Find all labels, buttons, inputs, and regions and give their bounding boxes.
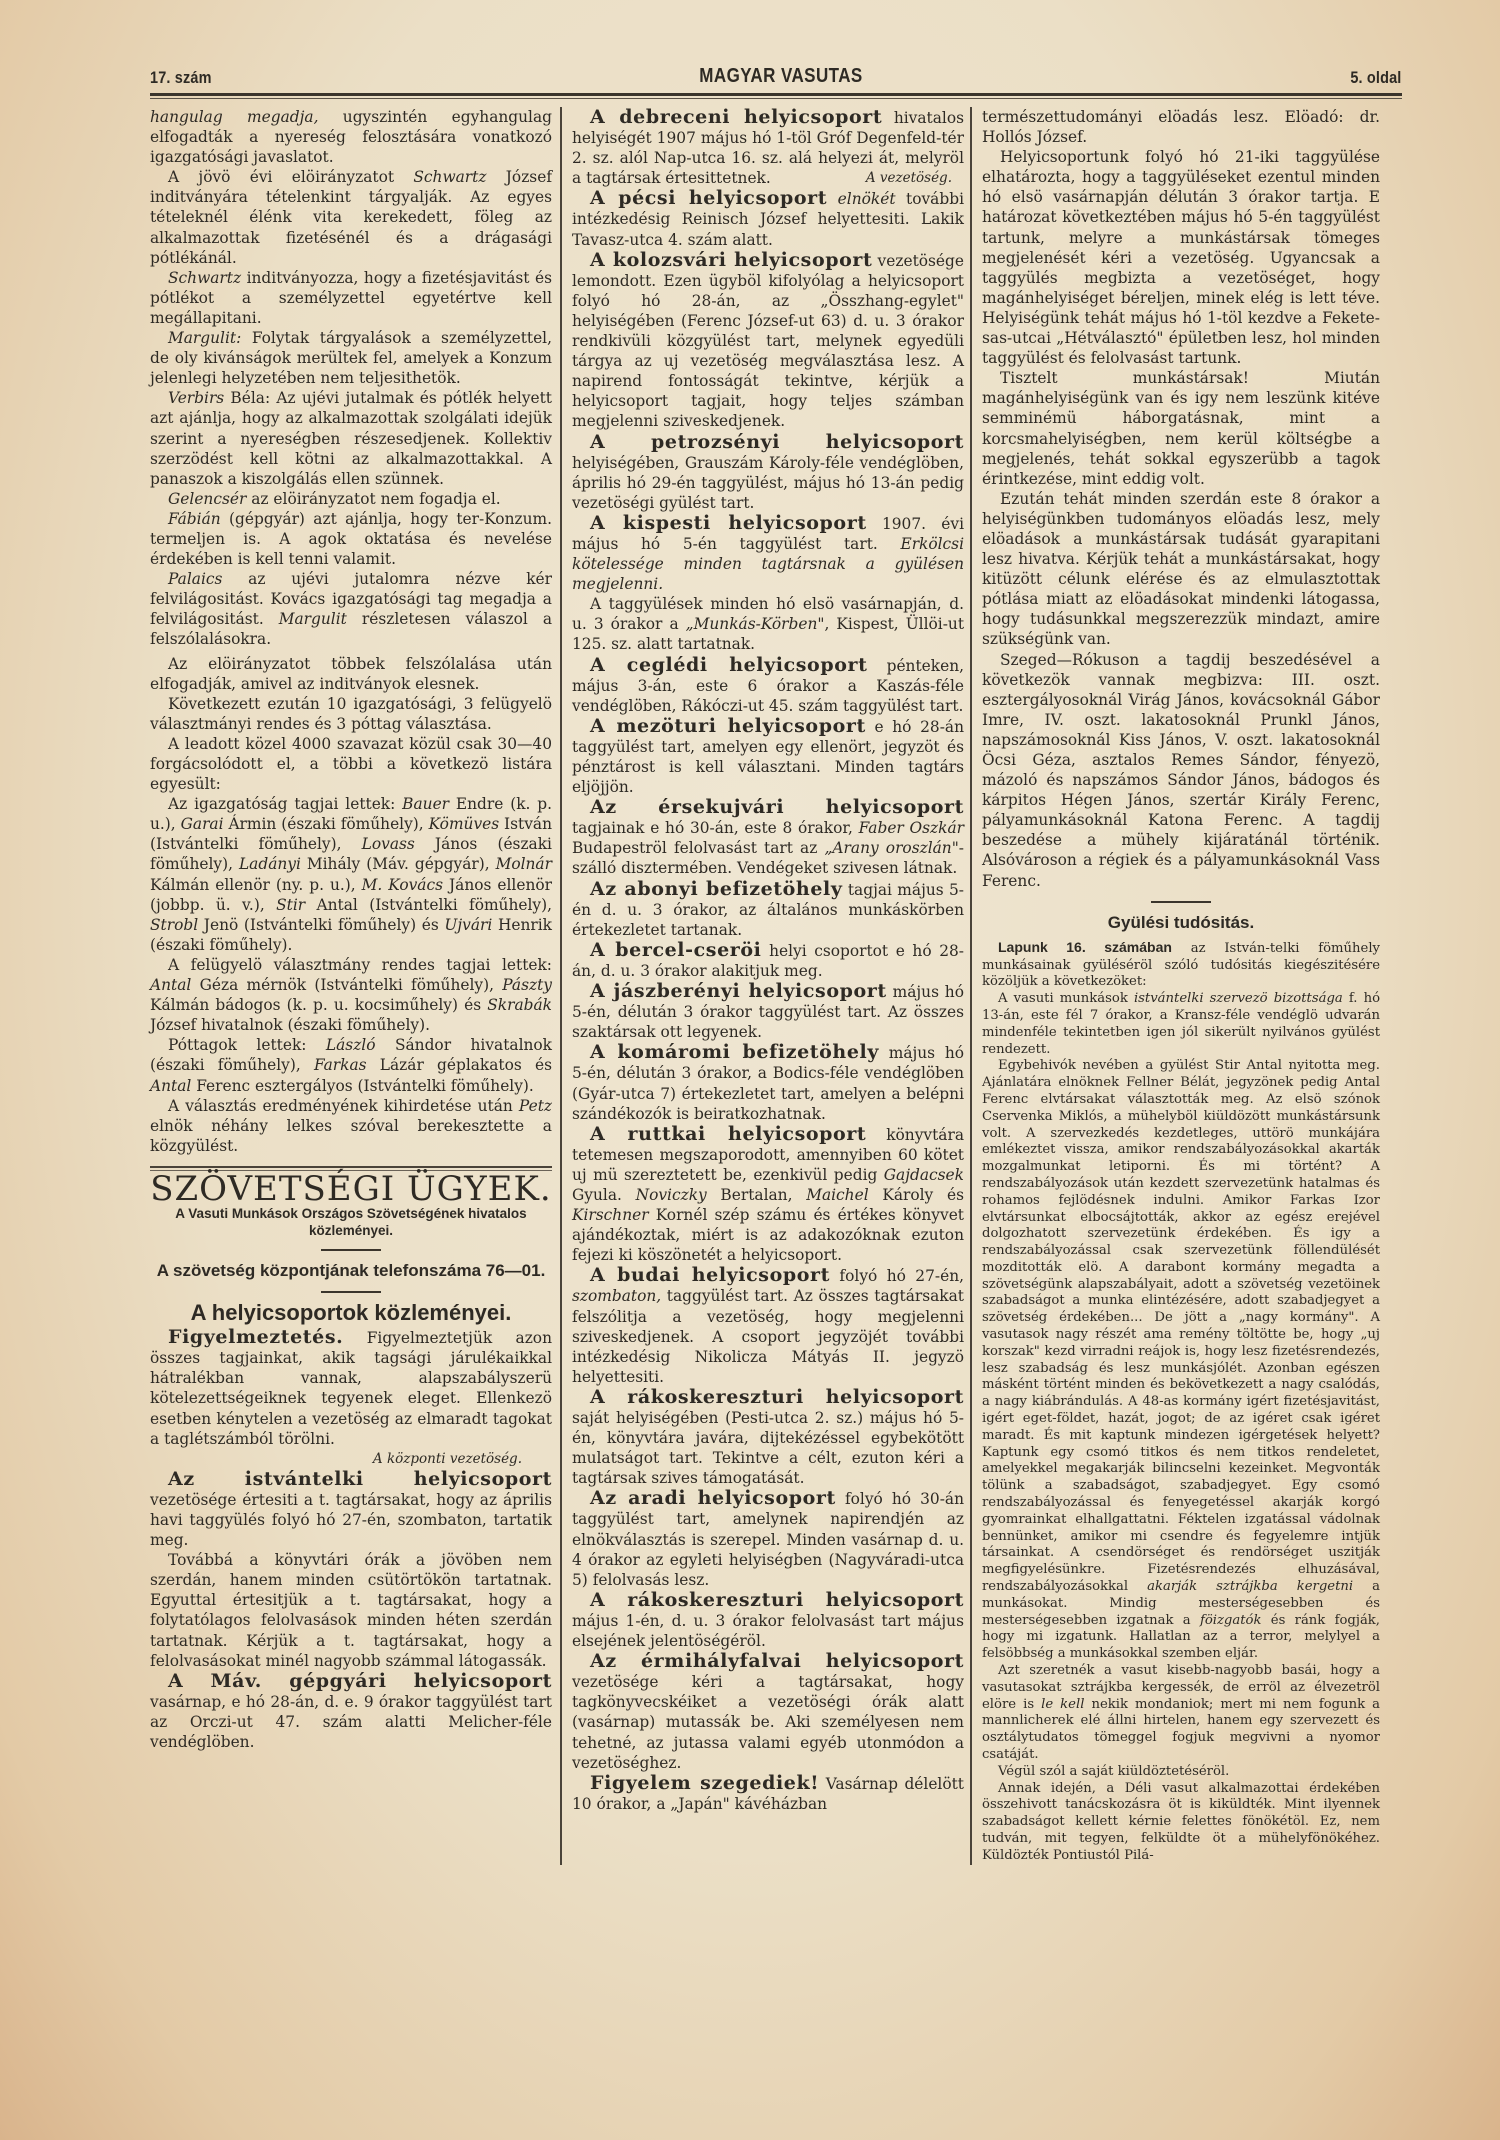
paragraph: A jövö évi elöirányzatot Schwartz József… xyxy=(150,167,552,267)
issue-number: 17. szám xyxy=(150,68,212,88)
paragraph: Schwartz inditványozza, hogy a fizetésja… xyxy=(150,268,552,328)
paragraph: Az elöirányzatot többek felszólalása utá… xyxy=(150,654,552,694)
paragraph: Végül szól a saját kiüldöztetéséröl. xyxy=(982,1764,1380,1781)
paragraph: természettudományi elöadás lesz. Elöadó:… xyxy=(982,107,1380,147)
paragraph: A választás eredményének kihirdetése utá… xyxy=(150,1096,552,1156)
short-divider xyxy=(321,1249,381,1251)
local-groups-title: A helyicsoportok közleményei. xyxy=(150,1303,552,1323)
newspaper-title: MAGYAR VASUTAS xyxy=(699,65,862,88)
masthead: 17. szám MAGYAR VASUTAS 5. oldal xyxy=(150,62,1401,88)
notice-ermihalyfalvai: Az érmihályfalvai helyicsoport vezetöség… xyxy=(572,1651,964,1773)
board-members-paragraph: Az igazgatóság tagjai lettek: Bauer Endr… xyxy=(150,794,552,955)
notice-mezoturi: A mezöturi helyicsoport e hó 28-án taggy… xyxy=(572,716,964,797)
notice-istvantelki: Az istvántelki helyicsoport vezetösége é… xyxy=(150,1469,552,1550)
notice-cegledi: A ceglédi helyicsoport pénteken, május 3… xyxy=(572,655,964,716)
paragraph: Annak idején, a Déli vasut alkalmazottai… xyxy=(982,1781,1380,1865)
notice-aradi: Az aradi helyicsoport folyó hó 30-án tag… xyxy=(572,1488,964,1589)
paragraph: Fábián (gépgyár) azt ajánlja, hogy ter-K… xyxy=(150,509,552,569)
notice-ersekujvari: Az érsekujvári helyicsoport tagjainak e … xyxy=(572,797,964,878)
notice-kolozsvari: A kolozsvári helyicsoport vezetösége lem… xyxy=(572,250,964,432)
notice-kispesti: A kispesti helyicsoport 1907. évi május … xyxy=(572,513,964,594)
notice-szegediek: Figyelem szegediek! Vasárnap délelött 10… xyxy=(572,1773,964,1814)
paragraph: Továbbá a könyvtári órák a jövöben nem s… xyxy=(150,1550,552,1671)
notice-ruttkai: A ruttkai helyicsoport könyvtára tetemes… xyxy=(572,1124,964,1266)
newspaper-page: 17. szám MAGYAR VASUTAS 5. oldal hangula… xyxy=(150,62,1402,1865)
paragraph: Ezután tehát minden szerdán este 8 órako… xyxy=(982,489,1380,650)
paragraph: Tisztelt munkástársak! Miután magánhelyi… xyxy=(982,368,1380,489)
notice-rakoskeresztur-2: A rákoskereszturi helyicsoport május 1-é… xyxy=(572,1590,964,1651)
paragraph: Egybehivók nevében a gyülést Stir Antal … xyxy=(982,1058,1380,1663)
paragraph: Palaics az ujévi jutalomra nézve kér fel… xyxy=(150,569,552,649)
page-number: 5. oldal xyxy=(1350,68,1401,88)
notice-budai: A budai helyicsoport folyó hó 27-én, szo… xyxy=(572,1265,964,1387)
paragraph: Azt szeretnék a vasut kisebb-nagyobb bas… xyxy=(982,1663,1380,1764)
paragraph: Margulit: Folytak tárgyalások a személyz… xyxy=(150,328,552,388)
notice-figyelmeztetes: Figyelmeztetés. Figyelmeztetjük azon öss… xyxy=(150,1327,552,1449)
deputy-members-paragraph: Póttagok lettek: László Sándor hivatalno… xyxy=(150,1035,552,1095)
notice-mav-gepgyari: A Máv. gépgyári helyicsoport vasárnap, e… xyxy=(150,1671,552,1752)
notice-jaszberenyi: A jászberényi helyicsoport május hó 5-én… xyxy=(572,981,964,1042)
column-3: természettudományi elöadás lesz. Elöadó:… xyxy=(970,107,1380,1865)
paragraph: Helyicsoportunk folyó hó 21-iki taggyülé… xyxy=(982,147,1380,368)
short-divider xyxy=(321,1291,381,1293)
notice-komaromi: A komáromi befizetöhely május hó 5-én, d… xyxy=(572,1042,964,1123)
columns: hangulag megadja, ugyszintén egyhangulag… xyxy=(150,107,1402,1865)
section-title: SZÖVETSÉGI ÜGYEK. xyxy=(150,1179,552,1199)
paragraph: Következett ezután 10 igazgatósági, 3 fe… xyxy=(150,694,552,734)
supervisory-members-paragraph: A felügyelö választmány rendes tagjai le… xyxy=(150,955,552,1035)
paragraph: Gelencsér az elöirányzatot nem fogadja e… xyxy=(150,489,552,509)
paragraph: A taggyülések minden hó elsö vasárnapján… xyxy=(572,594,964,654)
paragraph: A vasuti munkások istvántelki szervezö b… xyxy=(982,991,1380,1058)
section-subtitle: A Vasuti Munkások Országos Szövetségének… xyxy=(150,1205,552,1239)
paragraph: hangulag megadja, ugyszintén egyhangulag… xyxy=(150,107,552,167)
notice-abonyi: Az abonyi befizetöhely tagjai május 5-én… xyxy=(572,879,964,940)
notice-petrozsenyi: A petrozsényi helyicsoport helyiségében,… xyxy=(572,432,964,513)
paragraph: Verbirs Béla: Az ujévi jutalmak és pótlé… xyxy=(150,388,552,488)
notice-bercel: A bercel-cseröi helyi csoportot e hó 28-… xyxy=(572,940,964,981)
notice-debreceni: A debreceni helyicsoport hivatalos helyi… xyxy=(572,107,964,188)
report-title: Gyülési tudósitás. xyxy=(982,913,1380,933)
notice-pecsi: A pécsi helyicsoport elnökét további int… xyxy=(572,188,964,249)
meeting-report: Lapunk 16. számában az István-telki fömű… xyxy=(982,939,1380,1865)
signature: A központi vezetöség. xyxy=(150,1449,552,1469)
paragraph: Lapunk 16. számában az István-telki fömű… xyxy=(982,939,1380,991)
column-2: A debreceni helyicsoport hivatalos helyi… xyxy=(560,107,970,1865)
paragraph: A leadott közel 4000 szavazat közül csak… xyxy=(150,734,552,794)
masthead-rule xyxy=(150,93,1402,99)
short-divider xyxy=(1151,901,1211,903)
phone-notice: A szövetség központjának telefonszáma 76… xyxy=(150,1261,552,1281)
notice-rakoskeresztur-1: A rákoskereszturi helyicsoport saját hel… xyxy=(572,1387,964,1488)
paragraph: Szeged—Rókuson a tagdij beszedésével a k… xyxy=(982,650,1380,891)
column-1: hangulag megadja, ugyszintén egyhangulag… xyxy=(150,107,560,1865)
